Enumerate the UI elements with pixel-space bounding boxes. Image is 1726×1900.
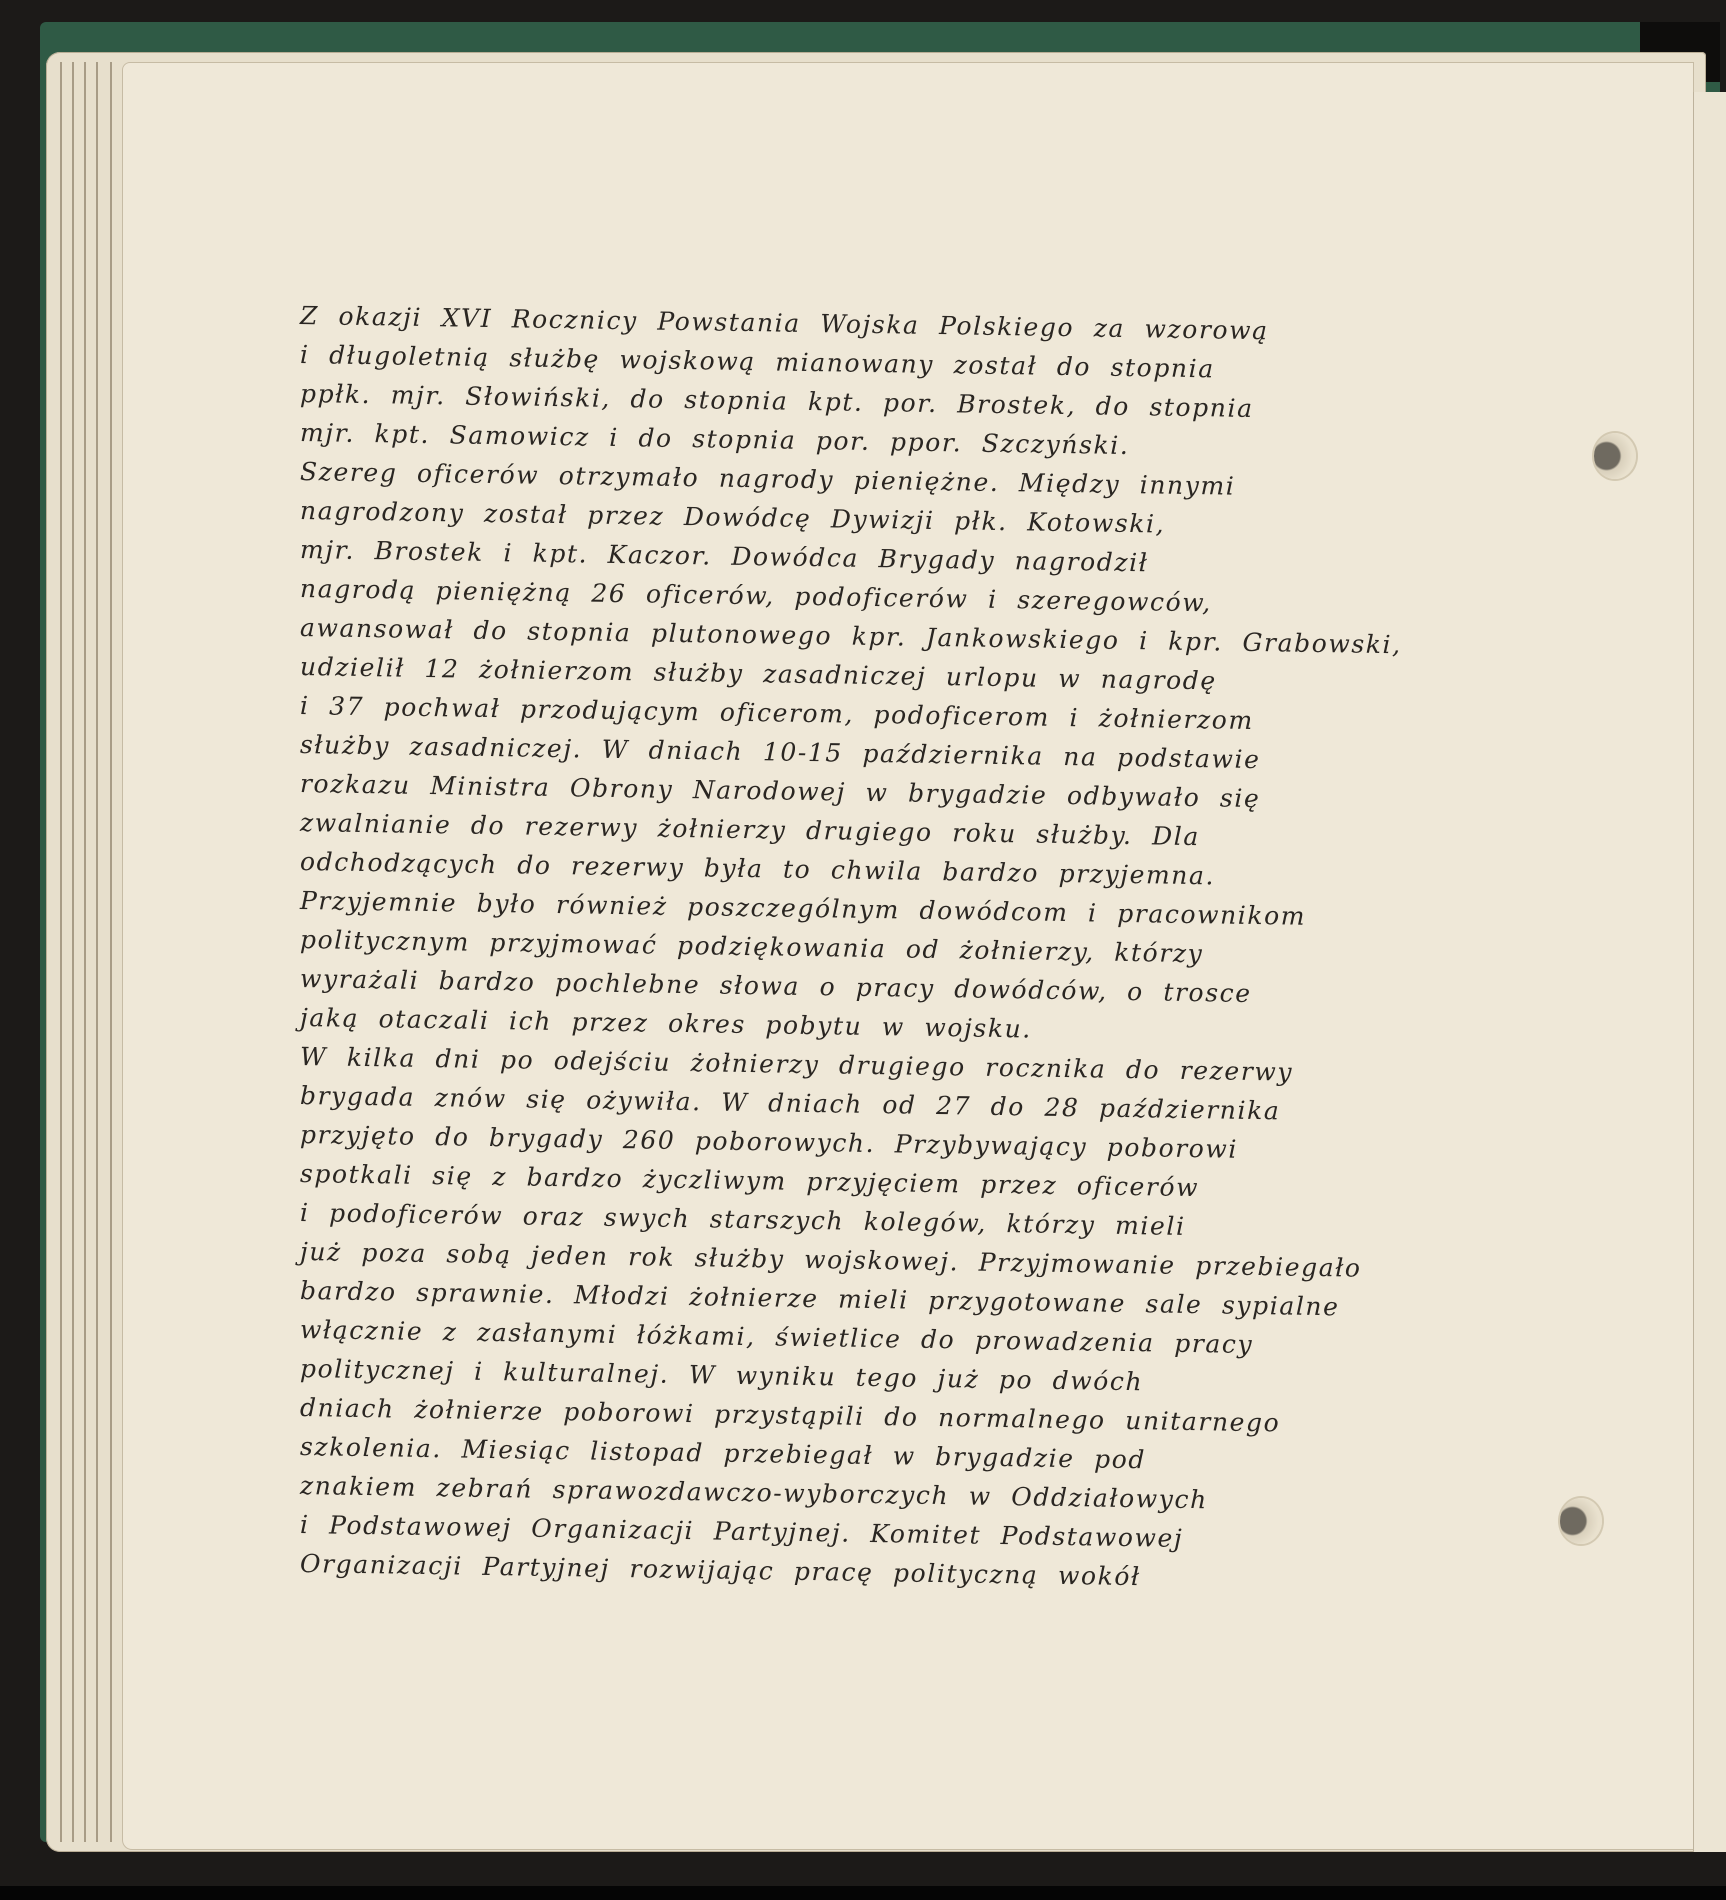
punch-hole-top	[1594, 433, 1636, 479]
page-edge	[110, 62, 112, 1842]
page-edge	[96, 62, 98, 1842]
punch-hole-bottom	[1560, 1498, 1602, 1544]
page-edge	[60, 62, 62, 1842]
page-edge	[84, 62, 86, 1842]
handwritten-text: Z okazji XVI Rocznicy Powstania Wojska P…	[300, 296, 1540, 1583]
adjacent-page-edge	[1693, 92, 1726, 1852]
scan-border	[0, 1886, 1726, 1900]
page-edge	[72, 62, 74, 1842]
